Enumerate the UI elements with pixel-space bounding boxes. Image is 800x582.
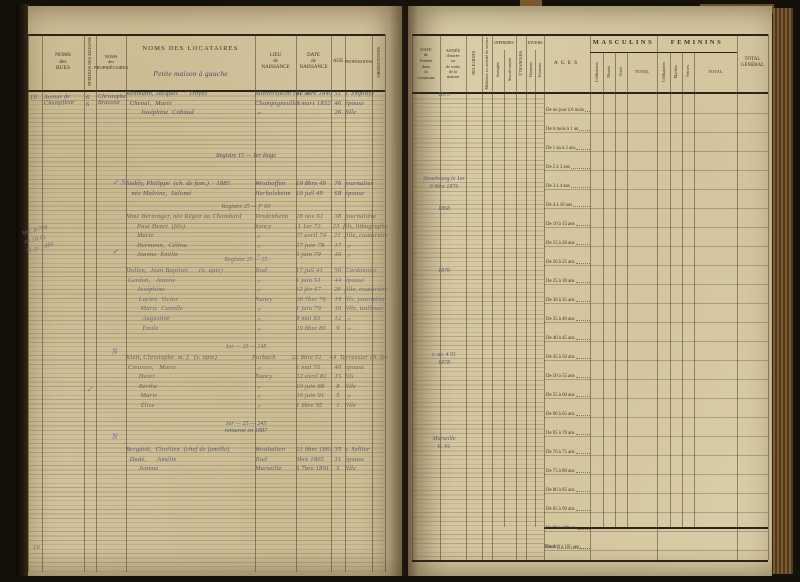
birth-place: 〃 <box>255 402 296 412</box>
birth-date: 6 juin 79 <box>296 251 331 261</box>
dotted-leader <box>576 472 590 473</box>
profession: 〃 <box>345 325 388 335</box>
dotted-leader <box>576 149 590 150</box>
birth-date: 28 7bre 76 <box>296 296 331 306</box>
dotted-leader <box>576 301 590 302</box>
subcolumn-line <box>504 50 505 527</box>
resident-name: Mme Bernroger, née Régitz au Chambard <box>126 213 255 223</box>
age-value: 50 <box>331 267 345 277</box>
handwritten-house-note: Petite maison à gauche <box>126 68 255 80</box>
arrival-note: 1873 <box>412 92 476 100</box>
register-line: Élise 〃 1 9bre 95 1 fille <box>126 402 388 412</box>
age-bracket-label: De 35 à 40 ans <box>544 317 591 322</box>
age-row: De 70 à 75 ans <box>544 437 768 456</box>
register-note: Registre 15 — 1er étage <box>146 152 346 159</box>
register-entry: Mme Bernroger, née Régitz au Chambard Ve… <box>126 213 388 261</box>
age-value: 5 <box>331 465 345 475</box>
register-line: Marie 〃 30 juin 91 5 〃 <box>126 392 388 402</box>
age-bracket-label: De 20 à 25 ans <box>544 260 591 265</box>
birth-date: 22 8bre 51 <box>292 354 326 364</box>
age-value: 28 <box>330 286 344 296</box>
column-line <box>42 34 43 572</box>
resident-name: Marie <box>126 392 255 402</box>
age-row: De 30 à 35 ans <box>544 285 768 304</box>
profession: fille, tailleuse <box>345 305 388 315</box>
birth-place: 〃 <box>255 392 296 402</box>
column-line <box>412 34 413 560</box>
age-value: 38 <box>331 213 345 223</box>
register-line: Joséphine 〃 12 fév 67 28 fille, couturiè… <box>126 286 388 296</box>
birth-date: 12 fév 67 <box>296 286 331 296</box>
header-divers-femmes: Femmes <box>535 50 544 90</box>
header-observations: OBSERVATIONS <box>372 36 385 88</box>
dotted-leader <box>576 263 590 264</box>
age-value: 51 <box>331 90 345 100</box>
dotted-leader <box>579 130 590 131</box>
birth-place: Westhalten <box>255 446 296 456</box>
header-feminins-group: FEMININS <box>657 36 737 51</box>
arrival-note: 1868 <box>412 206 476 214</box>
dotted-leader <box>578 529 590 530</box>
register-line: Marie 〃 27 avril 74 21 fille, couturière <box>126 232 388 242</box>
birth-date: 27 avril 74 <box>296 232 331 242</box>
profession: journalier <box>345 180 388 190</box>
birth-date: 1 9bre 95 <box>296 402 331 412</box>
age-value: 68 <box>331 190 345 200</box>
birth-date: 10 juil 49 <box>296 190 331 200</box>
age-row: De 75 à 80 ans <box>544 456 768 475</box>
header-masc-maries: Mariés <box>603 53 615 90</box>
header-date-naissance: DATE de NAISSANCE <box>296 38 331 86</box>
street-name: Avenue de Champfleur <box>44 93 84 106</box>
column-line <box>96 34 97 572</box>
profession: Cordonnier <box>345 267 388 277</box>
register-line: Jeanne Marseille 6 7bre 1891 5 fille <box>126 465 388 475</box>
resident-name: Augustine <box>126 315 255 325</box>
age-bracket-label: De 55 à 60 ans <box>544 393 591 398</box>
age-value: 44 <box>326 354 340 364</box>
age-value: 21 <box>330 232 344 242</box>
register-entry: Rehmann, Jacques · Troyes Minversheim Ht… <box>126 90 388 119</box>
birth-date: 1 mai 55 <box>296 364 331 374</box>
age-value: 44 <box>331 277 345 287</box>
birth-place: 〃 <box>255 383 296 393</box>
age-row: De 50 à 55 ans <box>544 361 768 380</box>
age-bracket-label: De 1 an à 2 ans <box>544 146 591 151</box>
birth-date: 22 avril 81 <box>296 373 331 383</box>
age-value: 76 <box>331 180 345 190</box>
resident-name: Gerdon, Jeanne <box>126 277 255 287</box>
header-professions: PROFESSIONS <box>345 38 372 86</box>
register-line: Bergdolt, Chrétien (chef de famille) Wes… <box>126 446 388 456</box>
age-bracket-label: De 80 à 85 ans <box>544 488 591 493</box>
birth-place: Nancy <box>255 296 296 306</box>
birth-place: 〃 <box>255 232 296 242</box>
age-value: 31 <box>331 456 345 466</box>
age-row: De 55 à 60 ans <box>544 380 768 399</box>
column-line <box>466 34 467 560</box>
profession: fils, lithographe <box>343 223 388 233</box>
birth-place: Toul <box>255 267 296 277</box>
profession: fille <box>345 465 388 475</box>
resident-name: Marie Camille <box>126 305 255 315</box>
profession: Terrassier ch. fer <box>340 354 388 364</box>
birth-place: 〃 <box>255 315 296 325</box>
fine-ruling <box>412 95 544 560</box>
age-value: 12 <box>331 315 345 325</box>
page-number: 16 <box>33 544 40 551</box>
age-row: De 40 à 45 ans <box>544 323 768 342</box>
age-bracket-label: De 40 à 45 ans <box>544 336 591 341</box>
register-line: Dollen, Jean Baptiste (n. apte) Toul 17 … <box>126 267 388 277</box>
profession: fils, journalier <box>345 296 388 306</box>
photographed-register-book: { "left_page": { "header": { "col_rues":… <box>0 0 800 582</box>
register-line: Stehly, Philippe (ch. de fam.) · 1885 We… <box>126 180 388 190</box>
birth-place: Herbolzheim <box>255 190 296 200</box>
age-bracket-label: De 25 à 30 ans <box>544 279 591 284</box>
age-bracket-label: De 2 à 3 ans <box>544 165 591 170</box>
blue-check-mark: N <box>112 432 117 441</box>
birth-date: 28 nov 61 <box>296 213 331 223</box>
dotted-leader <box>576 339 590 340</box>
age-row: De 6 mois à 1 an <box>544 114 768 133</box>
dotted-leader <box>576 453 590 454</box>
age-value: 40 <box>331 364 345 374</box>
dotted-leader <box>576 491 590 492</box>
birth-date: 1 juin 79 <box>296 305 331 315</box>
register-line: Gerdon, Jeanne 〃 1 juin 51 44 épouse <box>126 277 388 287</box>
age-bracket-label: De 50 à 55 ans <box>544 374 591 379</box>
dotted-leader <box>576 358 590 359</box>
dotted-leader <box>576 415 590 416</box>
dotted-leader <box>576 434 590 435</box>
birth-place: Nancy <box>254 223 295 233</box>
resident-name: Chenal, Marie <box>126 100 255 110</box>
register-note: Registre 25 — f° 60 <box>146 203 346 210</box>
birth-date <box>296 109 331 119</box>
register-line: Chenal, Marie Champigneulles 2 mars 1832… <box>126 100 388 110</box>
birth-date: 2 mars 1832 <box>296 100 331 110</box>
header-noms-rues: NOMS des RUES <box>42 38 84 86</box>
age-value: 26 <box>331 109 345 119</box>
profession: épouse <box>345 277 388 287</box>
birth-place: 〃 <box>255 109 296 119</box>
age-row: De 45 à 50 ans <box>544 342 768 361</box>
birth-place: Forbach <box>252 354 292 364</box>
column-line <box>526 34 527 560</box>
resident-name: Lucien Victor <box>126 296 255 306</box>
age-bracket-label: De 30 à 35 ans <box>544 298 591 303</box>
age-value: 15 <box>331 373 345 383</box>
birth-date: 9bre 1865 <box>296 456 331 466</box>
register-right-page: DATE de l'entrée dans la commune ANNÉE d… <box>408 6 772 576</box>
age-bracket-label: De 15 à 20 ans <box>544 241 591 246</box>
profession: fille <box>345 109 388 119</box>
resident-name: Élise <box>126 402 255 412</box>
resident-name: Jeanne <box>126 465 255 475</box>
age-bracket-label: De un jour à 6 mois <box>544 108 591 113</box>
register-entry: Dollen, Jean Baptiste (n. apte) Toul 17 … <box>126 267 388 334</box>
age-bracket-label: De 75 à 80 ans <box>544 469 591 474</box>
register-line: Klett, Christophe m. f. (s. apte) Forbac… <box>126 354 388 364</box>
dotted-leader <box>573 206 590 207</box>
book-page-stack-edge <box>772 8 793 574</box>
blue-check-mark: ✓ <box>86 385 93 394</box>
profession: fille <box>345 383 388 393</box>
header-divers-hommes: Hommes <box>526 50 535 90</box>
column-line <box>492 34 493 560</box>
profession: fille <box>345 402 388 412</box>
header-masc-total: TOTAL <box>627 53 657 90</box>
resident-name: Creusser, Marie <box>126 364 255 374</box>
dotted-leader <box>576 244 590 245</box>
column-line <box>482 34 483 560</box>
header-masc-veufs: Veufs <box>615 53 627 90</box>
register-line: Henri Nancy 22 avril 81 15 fils <box>126 373 388 383</box>
dotted-leader <box>576 282 590 283</box>
profession: fils <box>345 373 388 383</box>
resident-name: née Malvine, Salomé <box>126 190 255 200</box>
header-age: AGE <box>331 38 345 86</box>
birth-date: 17 juil 41 <box>296 267 331 277</box>
age-row: De 15 à 20 ans <box>544 228 768 247</box>
register-line: Berthe 〃 10 juin 88 8 fille <box>126 383 388 393</box>
age-value: 46 <box>331 100 345 110</box>
dotted-leader <box>557 544 588 549</box>
birth-place: Vendenheim <box>255 213 296 223</box>
header-annee-entree: ANNÉE d'entrée ou de sortie de la maison <box>440 37 466 90</box>
blue-check-mark: ✓ N <box>112 178 126 187</box>
column-line <box>516 34 517 560</box>
age-row: De 60 à 65 ans <box>544 399 768 418</box>
age-value: 5 <box>331 392 345 402</box>
birth-date: 6 7bre 1891 <box>296 465 331 475</box>
resident-name: Joséphine <box>126 286 255 296</box>
register-line: Hermann, Célina 〃 27 juin 78 17 〃 <box>126 242 388 252</box>
birth-date: 1 juin 51 <box>296 277 331 287</box>
register-line: Paul Henri (fils) Nancy 11 1er 72 23 fil… <box>126 223 388 233</box>
register-line: Rehmann, Jacques · Troyes Minversheim Ht… <box>126 90 388 100</box>
age-row: De 4 à 10 ans <box>544 190 768 209</box>
age-value: 9 <box>331 325 345 335</box>
profession: épouse <box>345 190 388 200</box>
age-row: De 3 à 4 ans <box>544 171 768 190</box>
birth-date: 30 juin 91 <box>296 392 331 402</box>
register-line: Mme Bernroger, née Régitz au Chambard Ve… <box>126 213 388 223</box>
register-entry: Bergdolt, Chrétien (chef de famille) Wes… <box>126 446 388 475</box>
age-bracket-label: De 10 à 15 ans <box>544 222 591 227</box>
dotted-leader <box>576 510 590 511</box>
register-entry: Klett, Christophe m. f. (s. apte) Forbac… <box>126 354 388 412</box>
header-ages: AGES <box>544 36 590 90</box>
birth-place: 〃 <box>255 364 296 374</box>
profession: s. Sellier <box>345 446 388 456</box>
profession: 〃 <box>345 242 388 252</box>
age-row: De un jour à 6 mois <box>544 95 768 114</box>
resident-name: Dadé, Amélie <box>126 456 255 466</box>
birth-place: Westhoffen <box>255 180 296 190</box>
resident-name: Jeanne Émilie <box>126 251 255 261</box>
dotted-leader <box>576 320 590 321</box>
profession: s. employé <box>345 90 388 100</box>
resident-name: Berthe <box>126 383 255 393</box>
age-bracket-label: De 3 à 4 ans <box>544 184 591 189</box>
profession: 〃 <box>345 251 388 261</box>
age-row: De 1 an à 2 ans <box>544 133 768 152</box>
age-bracket-label: De 85 à 90 ans <box>544 507 591 512</box>
register-line: Creusser, Marie 〃 1 mai 55 40 épouse <box>126 364 388 374</box>
resident-name: Rehmann, Jacques · Troyes <box>126 90 255 100</box>
column-line <box>440 34 441 560</box>
header-infirmes-sourds-muets: Sourds-muets <box>504 50 516 90</box>
birth-date: 11 9bre 1840 <box>296 90 331 100</box>
register-left-page: NOMS des RUES NUMÉROS DES MAISONS NOMS d… <box>28 6 402 576</box>
arrival-note: Marseille R. 91 <box>412 436 476 452</box>
birth-date: 29 8bre 86 <box>296 325 331 335</box>
age-bracket-label: De 60 à 65 ans <box>544 412 591 417</box>
profession: fille, couturière <box>344 232 388 242</box>
dotted-leader <box>585 111 590 112</box>
header-total-general: TOTAL GÉNÉRAL <box>737 36 768 90</box>
header-infirmes-group: INFIRMES <box>492 38 516 48</box>
proprietor-name: Christophe Brasseur <box>98 94 126 106</box>
header-lieu-naissance: LIEU de NAISSANCE <box>255 38 296 86</box>
birth-date: 10 juin 88 <box>296 383 331 393</box>
total-row-label: Total <box>544 544 589 550</box>
register-line: Lucien Victor Nancy 28 7bre 76 19 fils, … <box>126 296 388 306</box>
register-line: Jeanne Émilie 〃 6 juin 79 16 〃 <box>126 251 388 261</box>
header-masculins-group: MASCULINS <box>590 36 657 51</box>
age-bracket-label: De 70 à 75 ans <box>544 450 591 455</box>
age-row: De 90 à 100 ans <box>544 513 768 532</box>
dotted-leader <box>576 377 590 378</box>
resident-name: Bergdolt, Chrétien (chef de famille) <box>126 446 255 456</box>
header-militaires: Militaires en activité de service <box>482 36 492 90</box>
birth-date: 21 9bre 1861 <box>296 446 331 456</box>
dotted-leader <box>571 168 590 169</box>
profession: fille, couturière <box>344 286 388 296</box>
header-noms-locataires: NOMS DES LOCATAIRES <box>126 42 255 56</box>
age-value: 35 <box>331 446 345 456</box>
age-bracket-label: De 6 mois à 1 an <box>544 127 591 132</box>
birth-place: 〃 <box>255 251 296 261</box>
arrival-note: 1876 <box>412 268 476 276</box>
dotted-leader <box>576 396 590 397</box>
subcolumn-line <box>535 50 536 527</box>
profession: épouse <box>345 100 388 110</box>
header-noms-proprietaires: NOMS des PROPRIÉTAIRES <box>96 38 126 86</box>
register-line: Marie Camille 〃 1 juin 79 16 fille, tail… <box>126 305 388 315</box>
profession: journalière <box>345 213 388 223</box>
birth-place: Toul <box>255 456 296 466</box>
profession: épouse <box>345 364 388 374</box>
birth-date: 11 1er 72 <box>295 223 330 233</box>
age-bracket-label: De 45 à 50 ans <box>544 355 591 360</box>
resident-name: Joséphine Cabaud <box>126 109 255 119</box>
header-fem-veuves: Veuves <box>682 53 694 90</box>
birth-date: 27 juin 78 <box>296 242 331 252</box>
age-row: De 10 à 15 ans <box>544 209 768 228</box>
age-bracket-label: De 4 à 10 ans <box>544 203 591 208</box>
resident-name: Stehly, Philippe (ch. de fam.) · 1885 <box>126 180 255 190</box>
birth-place: Minversheim Hte A. <box>255 90 296 100</box>
header-fem-total: TOTAL <box>694 53 737 90</box>
age-row: De 85 à 90 ans <box>544 494 768 513</box>
age-value: 8 <box>331 383 345 393</box>
birth-date: 8 mai 83 <box>296 315 331 325</box>
age-row: De 20 à 25 ans <box>544 247 768 266</box>
resident-name: Émile <box>126 325 255 335</box>
column-line <box>84 34 85 572</box>
resident-name: Marie <box>126 232 255 242</box>
arrival-note: Strasbourg le 1er 9 9bre 1876 <box>412 176 476 192</box>
dotted-leader <box>576 225 590 226</box>
age-row: De 25 à 30 ans <box>544 266 768 285</box>
blue-check-mark: N <box>112 347 117 356</box>
resident-name: Dollen, Jean Baptiste (n. apte) <box>126 267 255 277</box>
header-fem-celibataires: Célibataires <box>657 53 670 90</box>
age-value: 23 <box>329 223 343 233</box>
resident-name: Klett, Christophe m. f. (s. apte) <box>126 354 252 364</box>
birth-place: 〃 <box>255 242 296 252</box>
register-note: 1er — 25 — 245 <box>146 343 346 350</box>
margin-entry-number: 10 <box>30 94 37 101</box>
age-row: De 35 à 40 ans <box>544 304 768 323</box>
birth-date: 19 8bre 49 <box>296 180 331 190</box>
arrival-note: v. av. 4 91 1878 <box>412 352 476 368</box>
house-numbers: 6 6 <box>86 94 89 108</box>
birth-place: Nancy <box>255 373 296 383</box>
age-bracket-label: De 65 à 70 ans <box>544 431 591 436</box>
profession: 〃 <box>345 392 388 402</box>
column-line <box>28 34 29 572</box>
header-date-entree: DATE de l'entrée dans la commune <box>412 37 440 90</box>
profession: 〃 <box>345 315 388 325</box>
blue-check-mark: ✓ <box>112 247 119 256</box>
birth-place: Champigneulles <box>255 100 296 110</box>
age-value: 1 <box>331 402 345 412</box>
age-row: De 2 à 3 ans <box>544 152 768 171</box>
table-bottom-rule <box>412 560 768 562</box>
age-row: De 65 à 70 ans <box>544 418 768 437</box>
resident-name: Paul Henri (fils) <box>126 223 254 233</box>
resident-name: Henri <box>126 373 255 383</box>
resident-name: Hermann, Célina <box>126 242 255 252</box>
register-line: née Malvine, Salomé Herbolzheim 10 juil … <box>126 190 388 200</box>
birth-place: 〃 <box>255 305 296 315</box>
birth-place: Marseille <box>255 465 296 475</box>
register-entry: Stehly, Philippe (ch. de fam.) · 1885 We… <box>126 180 388 199</box>
register-line: Émile 〃 29 8bre 86 9 〃 <box>126 325 388 335</box>
age-value: 19 <box>331 296 345 306</box>
birth-place: 〃 <box>255 277 296 287</box>
header-religions: RELIGIONS <box>466 36 482 90</box>
dotted-leader <box>571 187 590 188</box>
header-infirmes-aveugles: Aveugles <box>492 50 504 90</box>
age-bracket-label: De 90 à 100 ans <box>544 526 591 531</box>
age-value: 16 <box>331 251 345 261</box>
header-divers-group: DIVERS <box>526 38 544 48</box>
register-note: 1er — 25 — 245 retourné en 1887 <box>146 420 346 434</box>
profession: épouse <box>345 456 388 466</box>
header-etrangers: ÉTRANGERS <box>516 36 526 90</box>
age-bracket-rows: De un jour à 6 mois De 6 mois à 1 an De … <box>544 95 768 551</box>
register-line: Joséphine Cabaud 〃 26 fille <box>126 109 388 119</box>
age-row: De 80 à 85 ans <box>544 475 768 494</box>
header-masc-celibataires: Célibataires <box>590 53 603 90</box>
birth-place: 〃 <box>255 286 296 296</box>
header-fem-mariees: Mariées <box>670 53 682 90</box>
